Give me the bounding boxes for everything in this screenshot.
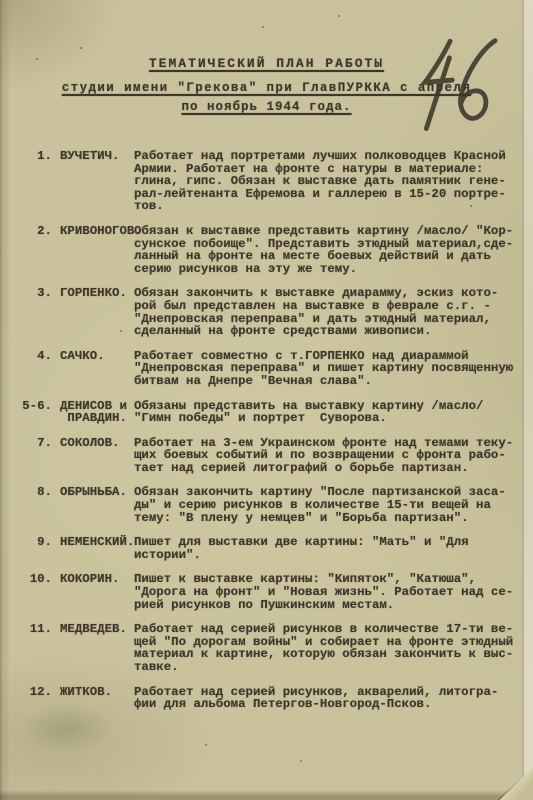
- entry-name: КРИВОНОГОВ.: [52, 225, 134, 275]
- entry-text: Работает над серией рисунков, акварелий,…: [134, 686, 533, 711]
- plan-entry: 3. ГОРПЕНКО. Обязан закончить к выставке…: [0, 287, 533, 337]
- entry-number: 8.: [20, 486, 52, 524]
- entry-number: 11.: [20, 623, 52, 673]
- entry-name: КОКОРИН.: [52, 573, 134, 611]
- entries-list: 1. ВУЧЕТИЧ. Работает над портретами лучш…: [0, 150, 533, 711]
- entry-number: 7.: [20, 437, 52, 475]
- handwritten-page-number: [411, 30, 507, 142]
- entry-number: 9.: [20, 536, 52, 561]
- paper-speck: [262, 26, 264, 28]
- entry-number: 4.: [20, 350, 52, 388]
- plan-entry: 7. СОКОЛОВ. Работает на 3-ем Украинском …: [0, 437, 533, 475]
- entry-name: НЕМЕНСКИЙ.: [52, 536, 134, 561]
- entry-text: Обязан к выставке представить картину /м…: [134, 225, 533, 275]
- entry-number: 5-6.: [20, 400, 52, 425]
- paper-speck: [80, 47, 82, 49]
- paper-speck: [338, 15, 340, 17]
- entry-text: Работает над серией рисунков в количеств…: [134, 623, 533, 673]
- entry-number: 3.: [20, 287, 52, 337]
- paper-speck: [95, 150, 97, 152]
- entry-text: Работает совместно с т.ГОРПЕНКО над диар…: [134, 350, 533, 388]
- entry-number: 1.: [20, 150, 52, 213]
- plan-entry: 11. МЕДВЕДЕВ. Работает над серией рисунк…: [0, 623, 533, 673]
- entry-text: Обязан закончить картину "После партизан…: [134, 486, 533, 524]
- entry-text: Пишет для выставки две картины: "Мать" и…: [134, 536, 533, 561]
- plan-entry: 8. ОБРЫНЬБА. Обязан закончить картину "П…: [0, 486, 533, 524]
- entry-text: Пишет к выставке картины: "Кипяток", "Ка…: [134, 573, 533, 611]
- entry-text: Обязан закончить к выставке диарамму, эс…: [134, 287, 533, 337]
- entry-text: Работает на 3-ем Украинском фронте над т…: [134, 437, 533, 475]
- document-page: ТЕМАТИЧЕСКИЙ ПЛАН РАБОТЫ студии имени "Г…: [0, 0, 533, 800]
- faint-stamp-mark: [22, 704, 114, 752]
- entry-name: ОБРЫНЬБА.: [52, 486, 134, 524]
- entry-name: МЕДВЕДЕВ.: [52, 623, 134, 673]
- entry-name: СОКОЛОВ.: [52, 437, 134, 475]
- plan-entry: 1. ВУЧЕТИЧ. Работает над портретами лучш…: [0, 150, 533, 213]
- paper-speck: [470, 205, 472, 207]
- paper-speck: [36, 58, 38, 60]
- paper-speck: [430, 650, 432, 652]
- entry-number: 2.: [20, 225, 52, 275]
- plan-entry: 5-6. ДЕНИСОВ и ПРАВДИН. Обязаны представ…: [0, 400, 533, 425]
- paper-speck: [205, 744, 207, 746]
- paper-speck: [300, 760, 302, 762]
- entry-name: САЧКО.: [52, 350, 134, 388]
- entry-text: Работает над портретами лучших полководц…: [134, 150, 533, 213]
- plan-entry: 10. КОКОРИН. Пишет к выставке картины: "…: [0, 573, 533, 611]
- entry-number: 10.: [20, 573, 52, 611]
- entry-text: Обязаны представить на выставку картину …: [134, 400, 533, 425]
- entry-name: ВУЧЕТИЧ.: [52, 150, 134, 213]
- paper-speck: [120, 330, 122, 332]
- plan-entry: 9. НЕМЕНСКИЙ. Пишет для выставки две кар…: [0, 536, 533, 561]
- corner-crease: [495, 766, 533, 800]
- plan-entry: 4. САЧКО. Работает совместно с т.ГОРПЕНК…: [0, 350, 533, 388]
- entry-name: ДЕНИСОВ и ПРАВДИН.: [52, 400, 134, 425]
- plan-entry: 2. КРИВОНОГОВ. Обязан к выставке предста…: [0, 225, 533, 275]
